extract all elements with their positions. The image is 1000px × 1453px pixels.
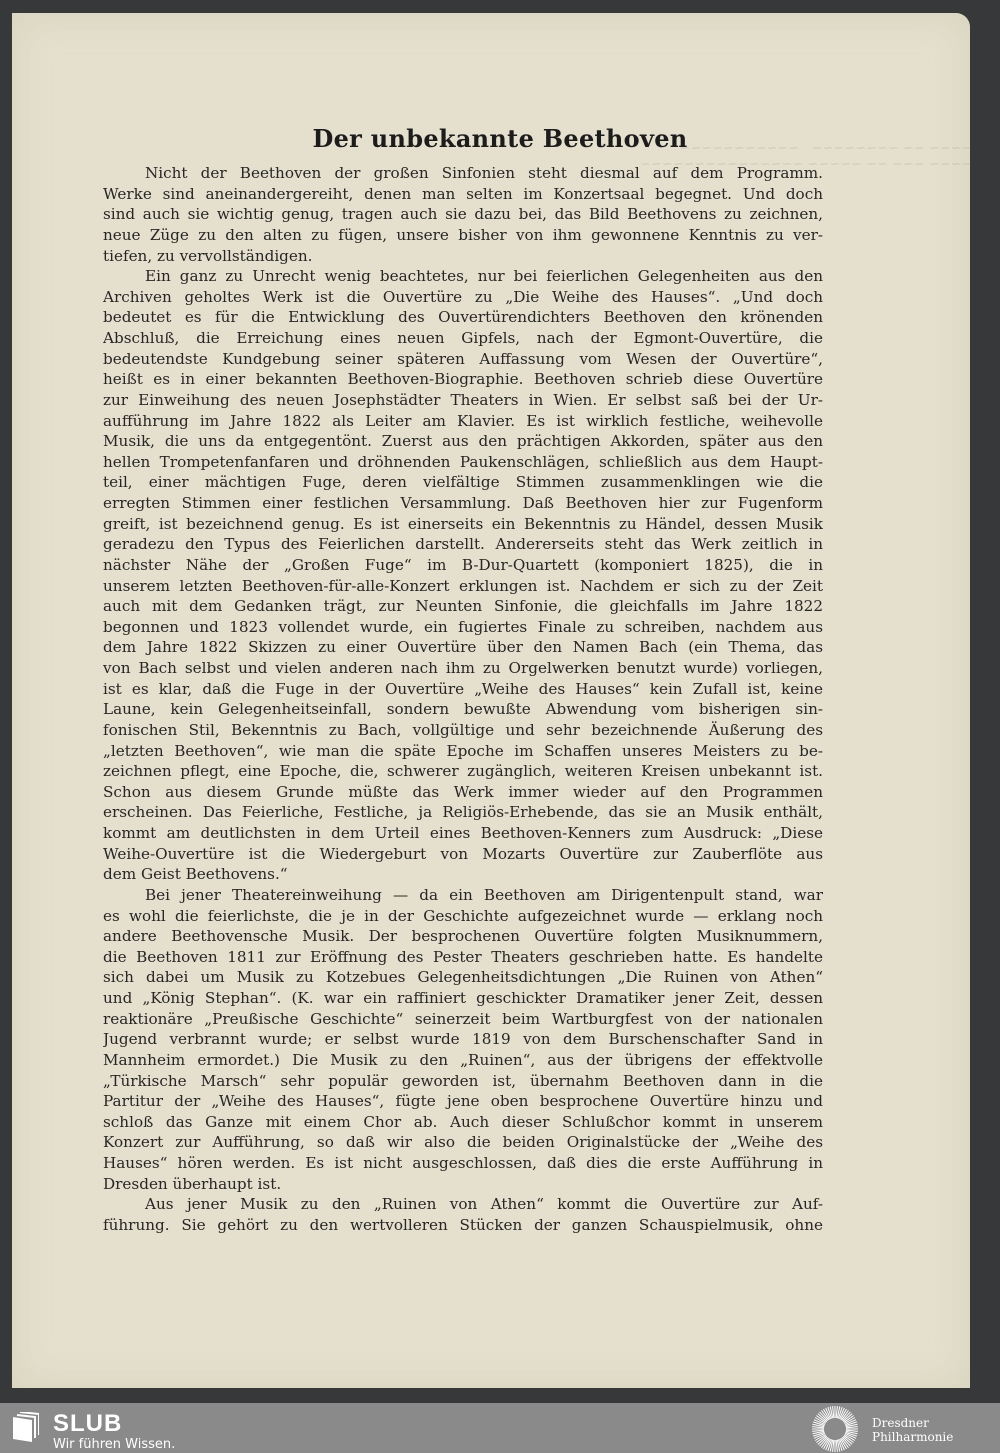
text-line: reaktionäre „Preußische Geschichte“ sein… [103,1009,823,1030]
text-line: schloß das Ganze mit einem Chor ab. Auch… [103,1112,823,1133]
text-line: sich dabei um Musik zu Kotzebues Gelegen… [103,967,823,988]
text-line: Mannheim ermordet.) Die Musik zu den „Ru… [103,1050,823,1071]
book-pages-icon [13,1412,39,1442]
text-line: neue Züge zu den alten zu fügen, unsere … [103,225,823,246]
text-line: heißt es in einer bekannten Beethoven-Bi… [103,369,823,390]
text-line: Aus jener Musik zu den „Ruinen von Athen… [103,1194,823,1215]
text-line: erscheinen. Das Feierliche, Festliche, j… [103,802,823,823]
text-line: Schon aus diesem Grunde müßte das Werk i… [103,782,823,803]
text-line: Hauses“ hören werden. Es ist nicht ausge… [103,1153,823,1174]
page-title: Der unbekannte Beethoven [0,124,1000,153]
text-line: greift, ist bezeichnend genug. Es ist ei… [103,514,823,535]
text-line: fonischen Stil, Bekenntnis zu Bach, voll… [103,720,823,741]
text-line: erregten Stimmen einer festlichen Versam… [103,493,823,514]
slub-name: SLUB [53,1411,122,1437]
text-line: Archiven geholtes Werk ist die Ouvertüre… [103,287,823,308]
text-line: Partitur der „Weihe des Hauses“, fügte j… [103,1091,823,1112]
text-line: Konzert zur Aufführung, so daß wir also … [103,1132,823,1153]
text-line: zur Einweihung des neuen Josephstädter T… [103,390,823,411]
text-line: „Türkische Marsch“ sehr populär geworden… [103,1071,823,1092]
article-body: Nicht der Beethoven der großen Sinfonien… [103,163,823,1236]
text-line: hellen Trompetenfanfaren und dröhnenden … [103,452,823,473]
footer-bar: SLUB Wir führen Wissen. Dresdner Philhar… [0,1403,1000,1453]
text-line: Musik, die uns da entgegentönt. Zuerst a… [103,431,823,452]
text-line: nächster Nähe der „Großen Fuge“ im B-Dur… [103,555,823,576]
text-line: von Bach selbst und vielen anderen nach … [103,658,823,679]
dresdner-philharmonie-logo[interactable]: Dresdner Philharmonie [810,1405,980,1453]
text-line: es wohl die feierlichste, die je in der … [103,906,823,927]
text-line: dem Jahre 1822 Skizzen zu einer Ouvertür… [103,637,823,658]
text-line: kommt am deutlichsten in dem Urteil eine… [103,823,823,844]
text-line: sind auch sie wichtig genug, tragen auch… [103,204,823,225]
text-line: auch mit dem Gedanken trägt, zur Neunten… [103,596,823,617]
text-line: die Beethoven 1811 zur Eröffnung des Pes… [103,947,823,968]
text-line: Laune, kein Gelegenheitseinfall, sondern… [103,699,823,720]
text-line: aufführung im Jahre 1822 als Leiter am K… [103,411,823,432]
text-line: bedeutendste Kundgebung seiner späteren … [103,349,823,370]
slub-tagline: Wir führen Wissen. [53,1437,175,1453]
text-line: begonnen und 1823 vollendet wurde, ein f… [103,617,823,638]
text-line: Ein ganz zu Unrecht wenig beachtetes, nu… [103,266,823,287]
text-line: Dresden überhaupt ist. [103,1174,823,1195]
text-line: ist es klar, daß die Fuge in der Ouvertü… [103,679,823,700]
philharmonie-name: Dresdner Philharmonie [872,1416,953,1444]
text-line: Bei jener Theatereinweihung — da ein Bee… [103,885,823,906]
text-line: geradezu den Typus des Feierlichen darst… [103,534,823,555]
text-line: dem Geist Beethovens.“ [103,864,823,885]
sunburst-ring-icon [810,1405,860,1453]
text-line: Abschluß, die Erreichung eines neuen Gip… [103,328,823,349]
text-line: andere Beethovensche Musik. Der besproch… [103,926,823,947]
text-line: „letzten Beethoven“, wie man die späte E… [103,741,823,762]
text-line: führung. Sie gehört zu den wertvolleren … [103,1215,823,1236]
text-line: unserem letzten Beethoven-für-alle-Konze… [103,576,823,597]
text-line: Nicht der Beethoven der großen Sinfonien… [103,163,823,184]
text-line: Jugend verbrannt wurde; er selbst wurde … [103,1029,823,1050]
text-line: Werke sind aneinandergereiht, denen man … [103,184,823,205]
text-line: tiefen, zu vervollständigen. [103,246,823,267]
text-line: und „König Stephan“. (K. war ein raffini… [103,988,823,1009]
text-line: teil, einer mächtigen Fuge, deren vielfä… [103,472,823,493]
text-line: bedeutet es für die Entwicklung des Ouve… [103,307,823,328]
text-line: Weihe-Ouvertüre ist die Wiedergeburt von… [103,844,823,865]
text-line: zeichnen pflegt, eine Epoche, die, schwe… [103,761,823,782]
